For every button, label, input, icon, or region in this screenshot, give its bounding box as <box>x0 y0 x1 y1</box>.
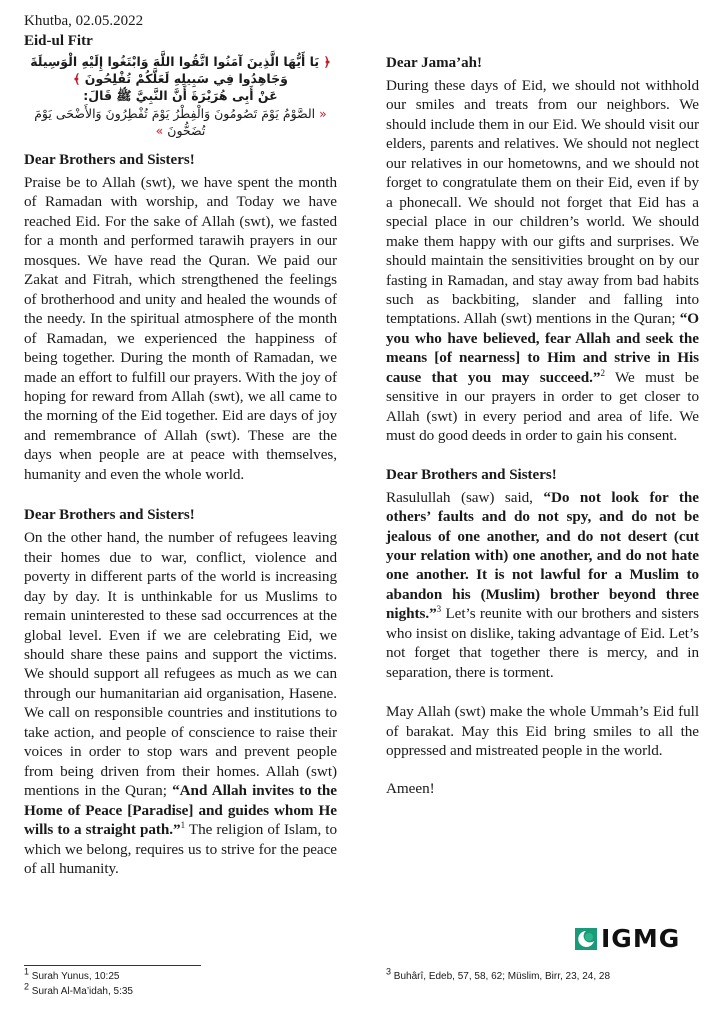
hadith-quote: “Do not look for the others’ faults and … <box>386 489 699 623</box>
footnote-2: 2 Surah Al-Ma’idah, 5:35 <box>24 985 133 999</box>
footnote-number: 2 <box>24 982 29 992</box>
hadith-intro: عَنْ أَبِى هُرَيْرَةَ أَنَّ النَّبِيَّ ﷺ… <box>24 87 337 104</box>
footnote-3: 3 Buhârî, Edeb, 57, 58, 62; Müslim, Birr… <box>386 970 610 984</box>
logo-text: IGMG <box>601 928 680 950</box>
section-heading: Dear Jama’ah! <box>386 54 699 73</box>
footnote-number: 3 <box>386 967 391 977</box>
paragraph-text: During these days of Eid, we should not … <box>386 77 699 327</box>
khutba-date: Khutba, 02.05.2022 <box>24 12 337 31</box>
section-heading: Dear Brothers and Sisters! <box>386 466 699 485</box>
footnote-text: Buhârî, Edeb, 57, 58, 62; Müslim, Birr, … <box>394 971 610 982</box>
igmg-logo: IGMG <box>575 928 680 950</box>
crescent-logo-icon <box>575 928 597 950</box>
left-column: Khutba, 02.05.2022 Eid-ul Fitr ﴿ يَا أَي… <box>24 12 337 878</box>
hadith-open-quote: « <box>319 106 327 121</box>
section-heading: Dear Brothers and Sisters! <box>24 506 337 525</box>
paragraph: On the other hand, the number of refugee… <box>24 528 337 878</box>
paragraph-text: On the other hand, the number of refugee… <box>24 529 337 799</box>
footnote-1: 1 Surah Yunus, 10:25 <box>24 970 119 984</box>
paragraph-text: Rasulullah (saw) said, <box>386 489 543 506</box>
verse-open-bracket: ﴿ <box>323 54 330 69</box>
closing-paragraph: May Allah (swt) make the whole Ummah’s E… <box>386 702 699 760</box>
footnote-text: Surah Al-Ma’idah, 5:35 <box>32 986 133 997</box>
footnote-text: Surah Yunus, 10:25 <box>32 971 120 982</box>
paragraph: During these days of Eid, we should not … <box>386 76 699 446</box>
section-heading: Dear Brothers and Sisters! <box>24 151 337 170</box>
ameen-text: Ameen! <box>386 779 699 798</box>
footnote-number: 1 <box>24 967 29 977</box>
right-column: Dear Jama’ah! During these days of Eid, … <box>386 12 699 798</box>
arabic-hadith: « الصَّوْمُ يَوْمَ تَصُومُونَ وَالْفِطْر… <box>24 105 337 139</box>
hadith-close-quote: » <box>156 123 164 138</box>
footnote-separator <box>24 965 201 966</box>
verse-close-bracket: ﴾ <box>73 71 80 86</box>
paragraph: Rasulullah (saw) said, “Do not look for … <box>386 488 699 683</box>
arabic-verse: ﴿ يَا أَيُّهَا الَّذِينَ آمَنُوا اتَّقُو… <box>24 53 337 87</box>
page-title: Eid-ul Fitr <box>24 32 337 51</box>
hadith-text: الصَّوْمُ يَوْمَ تَصُومُونَ وَالْفِطْرُ … <box>34 106 315 138</box>
paragraph: Praise be to Allah (swt), we have spent … <box>24 173 337 484</box>
